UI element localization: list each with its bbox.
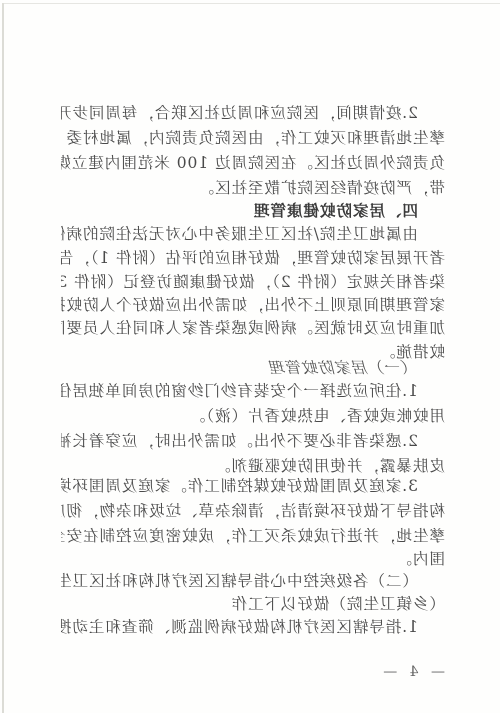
paragraph-line: 家管理期间原则上不外出，如需外出应做好个人防蚊措施，症状: [61, 295, 445, 315]
paragraph-line: 2.感染者非必要不外出。如需外出时，应穿着长袖衣裤，减少: [61, 431, 418, 451]
subsection-heading: （二）各级疾控中心指导辖区医疗机构和社区卫生服务中心: [61, 571, 418, 591]
paragraph-line: 孳生地，并进行成蚊杀灭工作，成蚊密度应控制在安全阈值范: [61, 526, 445, 546]
page-number: — 4 —: [379, 664, 445, 680]
paragraph-line: 负责院外周边社区。在医院周边 100 米范围内建立媒介伊蚊控制: [61, 153, 445, 173]
paragraph-line: 者开展居家防蚊管理，做好相应的评估（附件 1），告知病例或感: [61, 248, 445, 268]
paragraph-line: 构指导下做好环境清洁，清除杂草、垃圾和杂物，彻底清理蚊虫: [61, 501, 445, 521]
section-heading: 四、居家防蚊健康管理: [61, 201, 418, 221]
mirrored-page-content: 2.疫情期间，医院应和周边社区联合，每周同步开展医院内外 孳生地清理和灭蚊工作，…: [0, 0, 500, 713]
paragraph-line: 用蚊帐或蚊香、电热蚊香片（液）。: [61, 406, 445, 426]
paragraph-line: 2.疫情期间，医院应和周边社区联合，每周同步开展医院内外: [61, 103, 418, 123]
paragraph-line: 孳生地清理和灭蚊工作，由医院负责院内，属地村委（居委）会: [61, 128, 445, 148]
paragraph-line: 染者相关规定（附件 2），做好健康随访登记（附件 3）。病例居: [61, 272, 445, 292]
paragraph-line: 由属地卫生院/社区卫生服务中心对无法住院的病例或感染: [61, 224, 418, 244]
subsection-heading: （一）居家防蚊管理: [61, 358, 418, 378]
subsection-heading-continued: （乡镇卫生院）做好以下工作: [61, 594, 445, 614]
paragraph-line: 3.家庭及周围做好蚊媒控制工作。家庭及周围环境应在疾控机: [61, 476, 418, 496]
paragraph-line: 加重时应及时就医。病例或感染者家人和同住人员要同步做好防: [61, 318, 445, 338]
paragraph-line: 围内。: [61, 549, 445, 569]
paragraph-line: 1.指导辖区医疗机构做好病例监测、筛查和主动搜索工作，出: [61, 617, 418, 637]
scanned-page: 2.疫情期间，医院应和周边社区联合，每周同步开展医院内外 孳生地清理和灭蚊工作，…: [0, 0, 500, 713]
paragraph-line: 带，严防疫情经医院扩散至社区。: [61, 178, 445, 198]
paragraph-line: 皮肤暴露，并使用防蚊驱避剂。: [61, 456, 445, 476]
paragraph-line: 1.住所应选择一个安装有纱门纱窗的房间单独居住，房间内使: [61, 381, 418, 401]
